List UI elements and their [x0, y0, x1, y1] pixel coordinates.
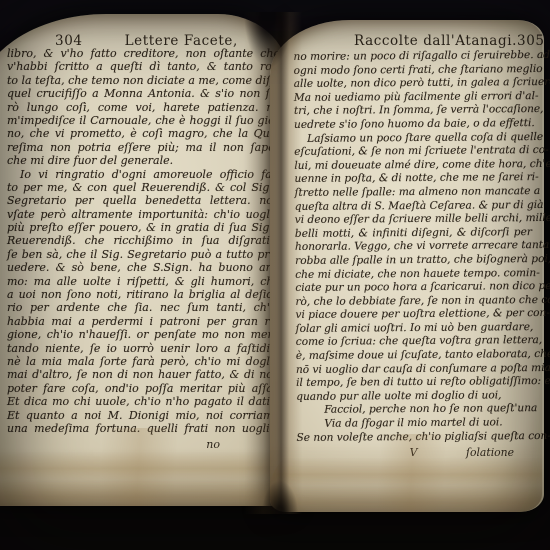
printed-text-line: rio per ardente che ſia. nec ſum tanti, … [7, 301, 280, 314]
printed-text-line: gione, ch'io n'haueſſi. or penſate mo no… [7, 328, 280, 341]
printed-text-line: Et quanto a noi M. Dionigi mio, noi corr… [7, 409, 280, 422]
printed-text-line: m'impediſce il Carnouale, che è hoggi il… [7, 114, 280, 127]
left-catchword: no [7, 438, 280, 451]
printed-text-line: no, che vi prometto, è coſì magro, che l… [7, 127, 280, 140]
printed-text-line: poter fare coſa, ond'io poſſa meritar pi… [7, 382, 280, 395]
printed-text-line: Se non voleſte anche, ch'io pigliaſsi qu… [296, 430, 533, 445]
printed-text-line: habbia mai a perdermi i patroni per gran… [7, 315, 280, 328]
printed-text-line: rò lungo coſì, come voi, harete patienza… [7, 101, 280, 114]
printed-text-line: Io vi ringratio d'ogni amoreuole officio… [7, 168, 280, 181]
printed-text-line: nè la mia mala ſorte farà però, ch'io mi… [7, 355, 280, 368]
printed-text-line: a uoi non ſono noti, ritirano la briglia… [7, 288, 280, 301]
printed-text-line: Reuerendiß. che ricchißimo in ſua diſgra… [7, 234, 280, 247]
open-book-photo: 304 Lettere Facete, libro, & v'ho fatto … [0, 0, 550, 550]
printed-text-line: v'habbi ſcritto a queſti dì tanto, & tan… [7, 60, 280, 73]
printed-text-line: Segretario per quella benedetta lettera.… [7, 194, 280, 207]
printed-text-line: to la teſta, che temo non diciate a me, … [7, 74, 280, 87]
printed-text-line: mai d'altro, ſe non di non hauer fatto, … [7, 368, 280, 381]
left-page-text-block: libro, & v'ho fatto creditore, non oſtan… [7, 47, 280, 435]
right-page: Raccolte dall'Atanagi. 305 no morire: un… [270, 20, 544, 512]
printed-text-line: mo: ma alle uolte i riſpetti, & gli humo… [7, 275, 280, 288]
printed-text-line: tando niente, ſe io uorrò uenir loro a f… [7, 342, 280, 355]
right-page-header: Raccolte dall'Atanagi. 305 [296, 33, 534, 49]
printed-text-line: più preſto eſſer pouero, & in gratia di … [7, 221, 280, 234]
printed-text-line: to per me, & con quel Reuerendiß. & col … [7, 181, 280, 194]
left-page: 304 Lettere Facete, libro, & v'ho fatto … [0, 14, 288, 506]
printed-text-line: una medeſima fortuna. quelli frati non u… [7, 422, 280, 435]
printed-text-line: uedere. & sò bene, che S.Sign. ha buono … [7, 261, 280, 274]
right-folio-number: 305 [517, 33, 545, 49]
signature-mark: V [410, 446, 418, 459]
printed-text-line: libro, & v'ho fatto creditore, non oſtan… [7, 47, 280, 60]
printed-text-line: Et dica mo chi uuole, ch'io n'ho pagato … [7, 395, 280, 408]
printed-text-line: reſima non potria eſſere più; ma il non … [7, 141, 280, 154]
right-catchword: ſolatione [417, 446, 532, 459]
printed-text-line: ſe ben sà, che il Sig. Segretario può a … [7, 248, 280, 261]
right-page-text-block: no morire: un poco di riſagallo ci ſerui… [293, 49, 533, 445]
printed-text-line: quel crucifiſſo a Monna Antonia. & s'io … [7, 87, 280, 100]
printed-text-line: vſate però altramente importunità: ch'io… [7, 208, 280, 221]
right-signature-row: V ſolatione [295, 446, 532, 459]
printed-text-line: che mi dire fuor del generale. [7, 154, 280, 167]
right-running-title: Raccolte dall'Atanagi. [354, 33, 517, 49]
